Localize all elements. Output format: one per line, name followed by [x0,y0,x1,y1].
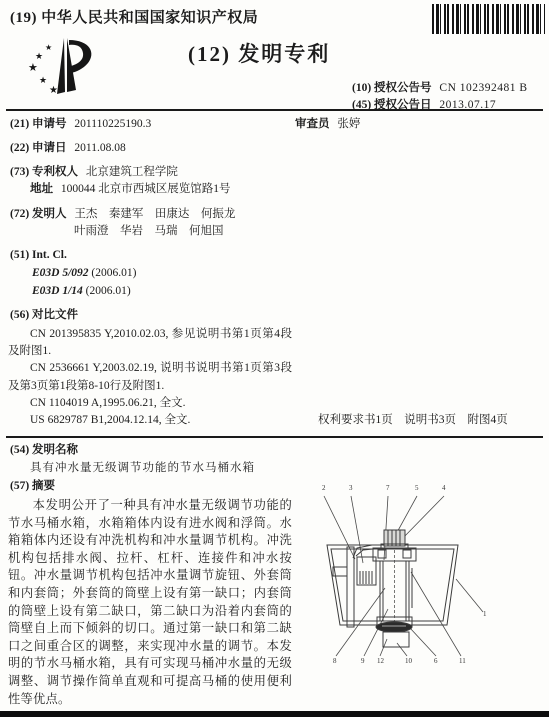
examiner-label: 审查员 [295,118,330,130]
figure-callout: 2 [322,485,326,492]
int-cl-code: E03D 5/092 [32,267,89,279]
invention-title-label: (54) 发明名称 [10,443,78,457]
int-cl-code: E03D 1/14 [32,285,83,297]
int-cl-year: (2006.01) [91,267,136,279]
barcode [432,4,545,34]
int-cl-entry: E03D 5/092 (2006.01) [32,266,136,280]
section-divider [6,436,543,438]
figure-callout: 4 [442,485,446,492]
examiner-value: 张婷 [337,118,360,130]
figure-callout: 9 [361,658,365,665]
page-bottom-rule [0,711,549,717]
pub-number-value: CN 102392481 B [439,82,527,94]
filing-date-row: (22) 申请日 2011.08.08 [10,141,126,155]
address-row: 地址 100044 北京市西城区展览馆路1号 [30,182,231,196]
figure-callout: 8 [333,658,337,665]
figure-callout: 3 [349,485,353,492]
address-label: 地址 [30,183,53,195]
reference-item: CN 2536661 Y,2003.02.19, 说明书说明书第1页第3段及第3… [8,360,292,394]
inventors-line1: 王杰 秦建军 田康达 何振龙 [74,208,235,220]
inventors-row: (72) 发明人 王杰 秦建军 田康达 何振龙 [10,207,235,221]
pub-number-label: (10) 授权公告号 [352,82,432,94]
figure-callout: 5 [415,485,419,492]
patentee-row: (73) 专利权人 北京建筑工程学院 [10,165,178,179]
figure-callout: 11 [459,658,466,665]
figure-callout: 10 [405,658,412,665]
header-divider [6,109,543,111]
application-no-row: (21) 申请号 201110225190.3 [10,117,151,131]
references-list: CN 201395835 Y,2010.02.03, 参见说明书第1页第4段及附… [8,326,292,429]
filing-date-value: 2011.08.08 [74,142,125,154]
application-no-value: 201110225190.3 [74,118,151,130]
int-cl-label: (51) Int. Cl. [10,248,67,262]
figure-callout: 1 [483,611,487,618]
reference-item: CN 201395835 Y,2010.02.03, 参见说明书第1页第4段及附… [8,326,292,360]
inventors-line2: 叶雨澄 华岩 马瑞 何旭国 [74,224,224,238]
svg-text:★: ★ [35,51,43,61]
examiner-row: 审查员 张婷 [295,117,360,131]
pagination-info: 权利要求书1页 说明书3页 附图4页 [318,413,508,427]
reference-item: US 6829787 B1,2004.12.14, 全文. [8,412,292,429]
doc-type-title: (12) 发明专利 [188,38,330,68]
patentee-value: 北京建筑工程学院 [86,166,178,178]
abstract-label: (57) 摘要 [10,479,55,493]
filing-date-label: (22) 申请日 [10,142,67,154]
inventors-label: (72) 发明人 [10,208,67,220]
int-cl-year: (2006.01) [86,285,131,297]
references-label: (56) 对比文件 [10,308,78,322]
cnipa-logo-icon: ★ ★ ★ ★ ★ [26,33,112,106]
toilet-tank-drawing [293,484,546,708]
application-no-label: (21) 申请号 [10,118,67,130]
address-value: 100044 北京市西城区展览馆路1号 [61,183,231,195]
figure-callout: 7 [386,485,390,492]
pub-number-row: (10) 授权公告号 CN 102392481 B [352,79,528,95]
abstract-text: 本发明公开了一种具有冲水量无级调节功能的节水马桶水箱，水箱箱体内设有进水阀和浮筒… [8,497,292,708]
invention-title: 具有冲水量无级调节功能的节水马桶水箱 [30,461,255,475]
patent-figure: 2 3 7 5 4 1 8 9 12 10 6 11 [293,484,546,708]
int-cl-entry: E03D 1/14 (2006.01) [32,284,131,298]
figure-callout: 6 [434,658,438,665]
svg-text:★: ★ [28,62,38,74]
office-name: (19) 中华人民共和国国家知识产权局 [10,6,258,27]
svg-text:★: ★ [45,43,52,52]
figure-callout: 12 [377,658,384,665]
patentee-label: (73) 专利权人 [10,166,78,178]
reference-item: CN 1104019 A,1995.06.21, 全文. [8,395,292,412]
svg-text:★: ★ [39,75,47,85]
svg-text:★: ★ [49,85,58,96]
